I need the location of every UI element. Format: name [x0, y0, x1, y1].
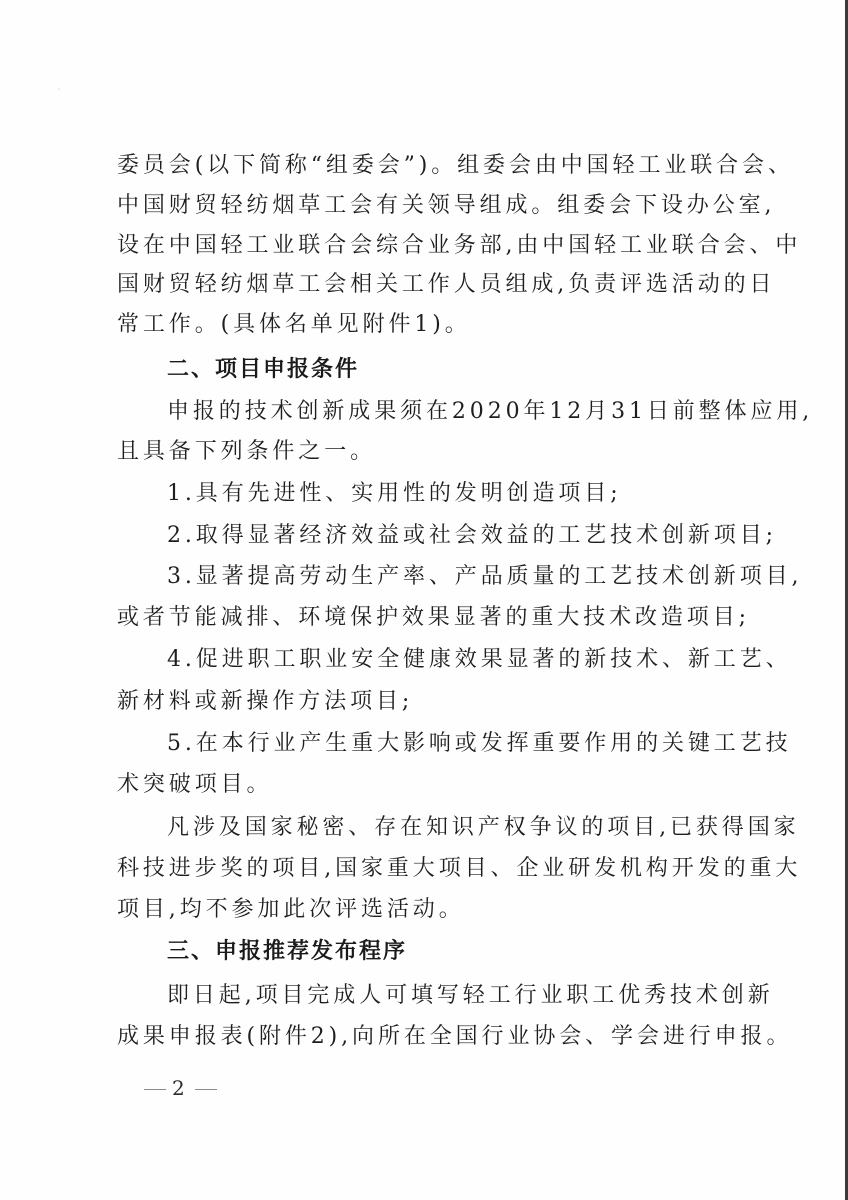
text-line: 申报的技术创新成果须在2020年12月31日前整体应用, — [167, 392, 813, 432]
document-page: ⸱ 委员会(以下简称“组委会”)。组委会由中国轻工业联合会、 中国财贸轻纺烟草工… — [0, 0, 845, 1200]
text-line: 科技进步奖的项目,国家重大项目、企业研发机构开发的重大 — [117, 849, 801, 889]
list-item-5: 5.在本行业产生重大影响或发挥重要作用的关键工艺技 — [167, 724, 792, 764]
page-number: 2 — [138, 1074, 223, 1102]
list-item-1: 1.具有先进性、实用性的发明创造项目; — [167, 474, 622, 514]
text-line: 术突破项目。 — [117, 765, 272, 805]
text-line: 项目,均不参加此次评选活动。 — [117, 890, 465, 930]
section-heading-2: 二、项目申报条件 — [167, 350, 359, 390]
text-line: 或者节能减排、环境保护效果显著的重大技术改造项目; — [117, 598, 750, 638]
list-item-2: 2.取得显著经济效益或社会效益的工艺技术创新项目; — [167, 516, 777, 556]
text-line: 设在中国轻工业联合会综合业务部,由中国轻工业联合会、中 — [117, 226, 801, 266]
text-line: 委员会(以下简称“组委会”)。组委会由中国轻工业联合会、 — [117, 146, 794, 186]
text-line: 国财贸轻纺烟草工会相关工作人员组成,负责评选活动的日 — [117, 265, 775, 305]
page-number-dash-right — [195, 1089, 217, 1090]
scan-artifact: ⸱ — [58, 86, 62, 90]
text-line: 常工作。(具体名单见附件1)。 — [117, 305, 471, 345]
list-item-3: 3.显著提高劳动生产率、产品质量的工艺技术创新项目, — [167, 557, 802, 597]
page-number-value: 2 — [172, 1076, 189, 1100]
list-item-4: 4.促进职工职业安全健康效果显著的新技术、新工艺、 — [167, 640, 792, 680]
text-line: 凡涉及国家秘密、存在知识产权争议的项目,已获得国家 — [167, 808, 800, 848]
text-line: 新材料或新操作方法项目; — [117, 682, 413, 722]
page-number-dash-left — [144, 1089, 166, 1090]
section-heading-3: 三、申报推荐发布程序 — [167, 932, 407, 972]
text-line: 中国财贸轻纺烟草工会有关领导组成。组委会下设办公室, — [117, 186, 775, 226]
text-line: 成果申报表(附件2),向所在全国行业协会、学会进行申报。 — [117, 1017, 792, 1057]
text-line: 且具备下列条件之一。 — [117, 432, 376, 472]
text-line: 即日起,项目完成人可填写轻工行业职工优秀技术创新 — [167, 976, 774, 1016]
